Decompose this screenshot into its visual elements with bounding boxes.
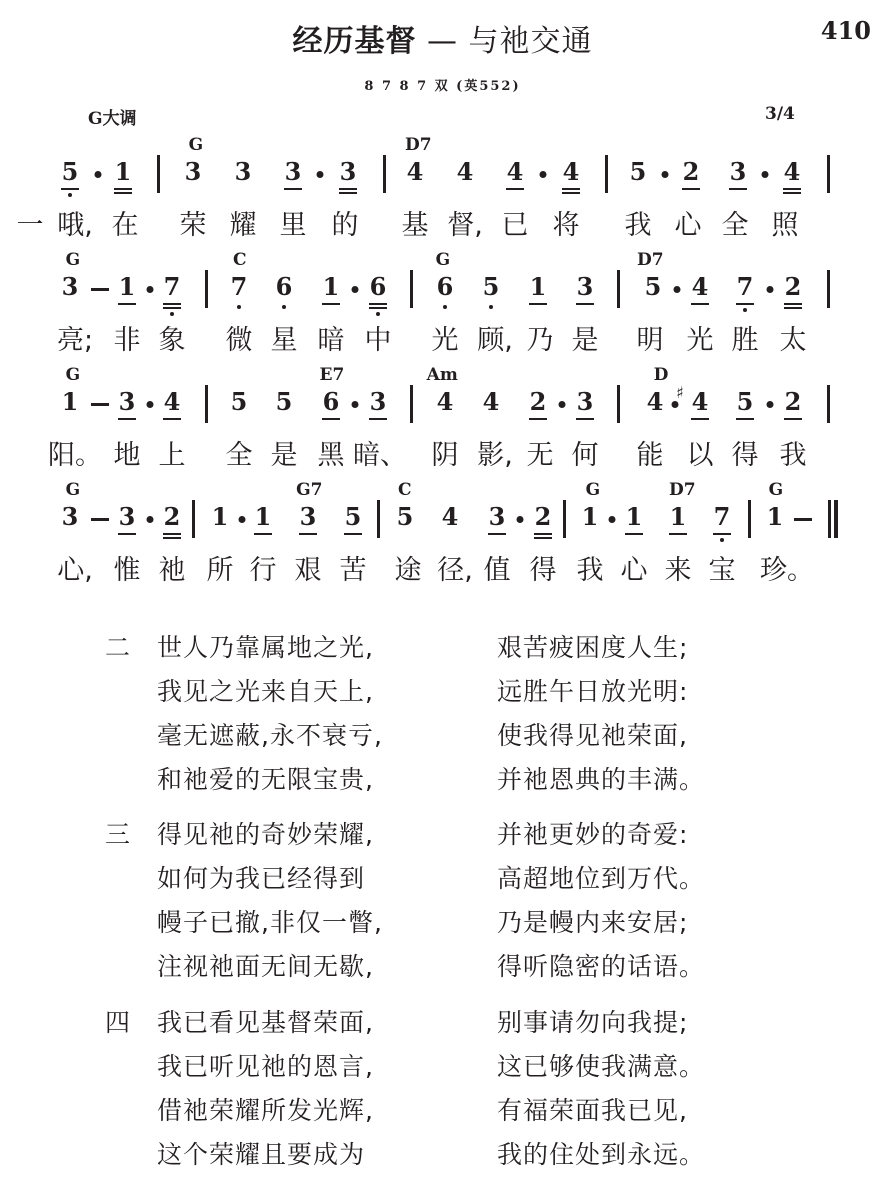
- note-degree: 4: [457, 157, 474, 186]
- lyric-syllable: 我: [780, 433, 807, 472]
- lyric-syllable: 全: [226, 433, 253, 472]
- title-main: 经历基督: [292, 24, 416, 59]
- barline: [205, 270, 208, 308]
- underline-sixteenth: [369, 307, 387, 309]
- note: 3: [336, 157, 360, 186]
- chord-symbol: G: [66, 480, 81, 500]
- hymn-title: 经历基督 — 与祂交通: [0, 16, 885, 60]
- lyric-syllable: 非: [114, 318, 141, 357]
- note-degree: 6: [276, 272, 293, 301]
- note-degree: 3: [370, 387, 387, 416]
- note: 1: [319, 272, 343, 301]
- note-degree: 3: [119, 502, 136, 531]
- barline: [410, 270, 413, 308]
- augmentation-dot: [317, 171, 324, 178]
- low-octave-dot: [68, 193, 72, 197]
- note-degree: 3: [730, 157, 747, 186]
- lyric-syllable: 地: [114, 433, 141, 472]
- barline: [605, 155, 608, 193]
- underline-eighth: [562, 188, 580, 190]
- note: 2: [781, 272, 805, 301]
- note: 5: [626, 157, 650, 186]
- note-degree: 3: [285, 157, 302, 186]
- note: 4: [688, 272, 712, 301]
- chord-symbol: G7: [296, 480, 322, 500]
- augmentation-dot: [674, 286, 681, 293]
- verse-line-right: 乃是幔内来安居;: [497, 903, 688, 939]
- note: 3: [58, 272, 82, 301]
- note-degree: 1: [530, 272, 547, 301]
- lyric-syllable: 中: [365, 318, 392, 357]
- lyric-syllable: 将: [553, 203, 580, 242]
- underline-eighth: [682, 188, 700, 190]
- augmentation-dot: [352, 401, 359, 408]
- title-subtitle: — 与祂交通: [416, 24, 592, 59]
- note-degree: 5: [276, 387, 293, 416]
- note-degree: 5: [231, 387, 248, 416]
- lyric-syllable: 上: [159, 433, 186, 472]
- underline-eighth: [163, 303, 181, 305]
- note-degree: 3: [300, 502, 317, 531]
- underline-sixteenth: [534, 537, 552, 539]
- extension-dash: [91, 288, 109, 291]
- verse-line-left: 注视祂面无间无歇,: [157, 947, 374, 983]
- note-degree: 4: [507, 157, 524, 186]
- barline: [205, 385, 208, 423]
- underline-eighth: [118, 303, 136, 305]
- lyric-syllable: 阳。: [48, 433, 102, 472]
- underline-eighth: [254, 533, 272, 535]
- underline-eighth: [713, 533, 731, 535]
- lyric-syllable: 以: [687, 433, 714, 472]
- lyric-syllable: 得: [530, 548, 557, 587]
- note: 3: [281, 157, 305, 186]
- note-degree: 3: [235, 157, 252, 186]
- note-degree: 3: [62, 502, 79, 531]
- underline-eighth: [339, 188, 357, 190]
- lyric-syllable: 太: [780, 318, 807, 357]
- barline: [827, 155, 830, 193]
- barline: [383, 155, 386, 193]
- note: 3: [726, 157, 750, 186]
- lyric-syllable: 值: [484, 548, 511, 587]
- note: 1: [251, 502, 275, 531]
- underline-eighth: [691, 303, 709, 305]
- underline-sixteenth: [163, 307, 181, 309]
- note: 2: [781, 387, 805, 416]
- note: 3: [181, 157, 205, 186]
- note: 2: [526, 387, 550, 416]
- hymn-number: 410: [821, 16, 871, 45]
- underline-eighth: [322, 303, 340, 305]
- underline-eighth: [529, 418, 547, 420]
- note: 5: [58, 157, 82, 186]
- lyric-syllable: 苦: [340, 548, 367, 587]
- underline-sixteenth: [114, 192, 132, 194]
- lyric-syllable: 途: [395, 548, 422, 587]
- note: 1: [622, 502, 646, 531]
- underline-eighth: [299, 533, 317, 535]
- note: 3: [366, 387, 390, 416]
- lyric-syllable: 已: [502, 203, 529, 242]
- verse-line-right: 得听隐密的话语。: [497, 947, 705, 983]
- underline-eighth: [534, 533, 552, 535]
- underline-eighth: [506, 188, 524, 190]
- note-degree: 5: [62, 157, 79, 186]
- lyric-syllable: 顾,: [477, 318, 513, 357]
- time-signature: 3/4: [765, 104, 795, 124]
- lyric-syllable: 胜: [732, 318, 759, 357]
- note-degree: 7: [231, 272, 248, 301]
- note-degree: 4: [442, 502, 459, 531]
- lyric-syllable: 是: [271, 433, 298, 472]
- lyric-syllable: 何: [572, 433, 599, 472]
- note-degree: 3: [489, 502, 506, 531]
- verse-number: 四: [105, 1003, 130, 1039]
- note: 3: [485, 502, 509, 531]
- note-degree: 1: [582, 502, 599, 531]
- chord-symbol: G: [586, 480, 601, 500]
- chord-symbol: G: [189, 135, 204, 155]
- extension-dash: [91, 403, 109, 406]
- note-degree: 3: [119, 387, 136, 416]
- augmentation-dot: [672, 401, 679, 408]
- lyric-syllable: 珍。: [760, 548, 814, 587]
- note: 1: [208, 502, 232, 531]
- note-degree: 4: [483, 387, 500, 416]
- underline-eighth: [736, 303, 754, 305]
- barline: [563, 500, 566, 538]
- barline: [827, 385, 830, 423]
- underline-eighth: [369, 418, 387, 420]
- lyric-syllable: 艰: [295, 548, 322, 587]
- note-degree: 6: [370, 272, 387, 301]
- note-degree: 3: [62, 272, 79, 301]
- low-octave-dot: [170, 312, 174, 316]
- barline: [377, 500, 380, 538]
- low-octave-dot: [237, 305, 241, 309]
- underline-eighth: [729, 188, 747, 190]
- lyric-syllable: 的: [332, 203, 359, 242]
- lyric-syllable: 心,: [57, 548, 93, 587]
- lyric-syllable: 来: [665, 548, 692, 587]
- lyric-syllable: 基: [402, 203, 429, 242]
- note: 4: [559, 157, 583, 186]
- underline-eighth: [163, 533, 181, 535]
- note: 3: [115, 387, 139, 416]
- score-system: GD751333344445234一哦,在荣耀里的基督,已将我心全照: [0, 135, 885, 250]
- note-degree: 5: [645, 272, 662, 301]
- note-degree: 6: [437, 272, 454, 301]
- underline-eighth: [369, 303, 387, 305]
- note-degree: 1: [626, 502, 643, 531]
- lyric-syllable: 宝: [709, 548, 736, 587]
- verse-number: 三: [105, 815, 130, 851]
- underline-eighth: [118, 418, 136, 420]
- note: 6: [272, 272, 296, 301]
- note: 7: [160, 272, 184, 301]
- note: 3: [573, 387, 597, 416]
- note-degree: 7: [714, 502, 731, 531]
- note-degree: 1: [255, 502, 272, 531]
- underline-eighth: [284, 188, 302, 190]
- augmentation-dot: [767, 401, 774, 408]
- underline-sixteenth: [163, 537, 181, 539]
- lyric-syllable: 一: [17, 203, 44, 242]
- low-octave-dot: [443, 305, 447, 309]
- lyric-syllable: 能: [637, 433, 664, 472]
- verse-line-left: 我已听见祂的恩言,: [157, 1047, 374, 1083]
- note: 7: [710, 502, 734, 531]
- verse-line-right: 我的住处到永远。: [497, 1135, 705, 1171]
- augmentation-dot: [662, 171, 669, 178]
- note-degree: 2: [164, 502, 181, 531]
- verse-line-left: 如何为我已经得到: [157, 859, 365, 895]
- lyric-syllable: 明: [637, 318, 664, 357]
- verse-number: 二: [105, 628, 130, 664]
- lyric-syllable: 惟: [114, 548, 141, 587]
- chord-symbol: G: [66, 365, 81, 385]
- verse-line-right: 别事请勿向我提;: [497, 1003, 688, 1039]
- lyric-syllable: 全: [722, 203, 749, 242]
- note-degree: 4: [692, 387, 709, 416]
- final-double-barline: [828, 500, 838, 538]
- note-degree: 4: [407, 157, 424, 186]
- lyric-syllable: 无: [527, 433, 554, 472]
- note: 5: [393, 502, 417, 531]
- note-degree: 2: [683, 157, 700, 186]
- note: 6: [366, 272, 390, 301]
- barline: [617, 270, 620, 308]
- note: 3: [573, 272, 597, 301]
- lyric-syllable: 星: [271, 318, 298, 357]
- note: 3: [115, 502, 139, 531]
- augmentation-dot: [517, 516, 524, 523]
- score-system: GE7AmD1345563442344♯52阳。地上全是黑暗、阴影,无何能以得我: [0, 365, 885, 480]
- verse-line-left: 世人乃靠属地之光,: [157, 628, 374, 664]
- lyric-syllable: 哦,: [57, 203, 93, 242]
- augmentation-dot: [559, 401, 566, 408]
- note: 1: [666, 502, 690, 531]
- lyric-syllable: 我: [625, 203, 652, 242]
- augmentation-dot: [762, 171, 769, 178]
- underline-eighth: [114, 188, 132, 190]
- lyric-syllable: 荣: [180, 203, 207, 242]
- underline-eighth: [669, 533, 687, 535]
- augmentation-dot: [239, 516, 246, 523]
- barline: [157, 155, 160, 193]
- lyric-syllable: 光: [432, 318, 459, 357]
- verse-line-left: 毫无遮蔽,永不衰亏,: [157, 716, 383, 752]
- underline-sixteenth: [562, 192, 580, 194]
- note-degree: 3: [185, 157, 202, 186]
- chord-symbol: D7: [669, 480, 696, 500]
- underline-eighth: [784, 418, 802, 420]
- note-degree: 4: [692, 272, 709, 301]
- lyric-syllable: 行: [250, 548, 277, 587]
- underline-eighth: [488, 533, 506, 535]
- lyric-syllable: 微: [226, 318, 253, 357]
- verse-line-left: 幔子已撤,非仅一瞥,: [157, 903, 383, 939]
- note: 2: [531, 502, 555, 531]
- note-degree: 2: [530, 387, 547, 416]
- note-degree: 4: [437, 387, 454, 416]
- barline: [192, 500, 195, 538]
- low-octave-dot: [743, 308, 747, 312]
- chord-symbol: C: [233, 250, 247, 270]
- note: 4: [643, 387, 667, 416]
- verse-line-right: 有福荣面我已见,: [497, 1091, 688, 1127]
- note: 4: [780, 157, 804, 186]
- note: 7: [227, 272, 251, 301]
- lyric-syllable: 暗: [318, 318, 345, 357]
- note: 5: [733, 387, 757, 416]
- augmentation-dot: [767, 286, 774, 293]
- verse-line-right: 使我得见祂荣面,: [497, 716, 688, 752]
- note-degree: 2: [785, 272, 802, 301]
- chord-symbol: G: [66, 250, 81, 270]
- underline-eighth: [691, 418, 709, 420]
- verse-line-left: 我已看见基督荣面,: [157, 1003, 374, 1039]
- note-degree: 1: [323, 272, 340, 301]
- lyric-syllable: 暗、: [353, 433, 407, 472]
- note: 3: [296, 502, 320, 531]
- underline-eighth: [118, 533, 136, 535]
- lyric-syllable: 督,: [447, 203, 483, 242]
- verse-line-left: 和祂爱的无限宝贵,: [157, 760, 374, 796]
- lyric-syllable: 影,: [477, 433, 513, 472]
- verse-line-right: 这已够使我满意。: [497, 1047, 705, 1083]
- lyric-syllable: 里: [280, 203, 307, 242]
- chord-symbol: D7: [405, 135, 432, 155]
- meter-info: 8 7 8 7 双 (英552): [0, 75, 885, 94]
- underline-eighth: [576, 418, 594, 420]
- lyric-syllable: 照: [772, 203, 799, 242]
- note-degree: 1: [119, 272, 136, 301]
- note: 4: [160, 387, 184, 416]
- underline-eighth: [163, 418, 181, 420]
- note: 1: [763, 502, 787, 531]
- note: 6: [319, 387, 343, 416]
- note: 1: [111, 157, 135, 186]
- note: 4: [403, 157, 427, 186]
- note-degree: 5: [737, 387, 754, 416]
- key-signature: G大调: [88, 104, 137, 129]
- barline: [827, 270, 830, 308]
- lyric-syllable: 径,: [437, 548, 473, 587]
- verse-line-right: 高超地位到万代。: [497, 859, 705, 895]
- low-octave-dot: [720, 538, 724, 542]
- augmentation-dot: [540, 171, 547, 178]
- augmentation-dot: [147, 286, 154, 293]
- underline-eighth: [784, 303, 802, 305]
- underline-eighth: [736, 418, 754, 420]
- lyric-syllable: 所: [207, 548, 234, 587]
- chord-symbol: D7: [637, 250, 664, 270]
- verse-line-right: 并祂更妙的奇爱:: [497, 815, 688, 851]
- verse-line-right: 远胜午日放光明:: [497, 672, 688, 708]
- extension-dash: [794, 518, 812, 521]
- note: 5: [341, 502, 365, 531]
- note: 1: [578, 502, 602, 531]
- verse-line-right: 艰苦疲困度人生;: [497, 628, 688, 664]
- lyric-syllable: 黑: [318, 433, 345, 472]
- note-degree: 1: [62, 387, 79, 416]
- note-degree: 3: [577, 387, 594, 416]
- underline-eighth: [61, 188, 79, 190]
- note-degree: 4: [164, 387, 181, 416]
- note-degree: 5: [397, 502, 414, 531]
- note-degree: 1: [670, 502, 687, 531]
- note: 4: [433, 387, 457, 416]
- chord-symbol: G: [436, 250, 451, 270]
- low-octave-dot: [282, 305, 286, 309]
- note: 4: [453, 157, 477, 186]
- verse-line-left: 我见之光来自天上,: [157, 672, 374, 708]
- verse-line-right: 并祂恩典的丰满。: [497, 760, 705, 796]
- chord-symbol: G: [769, 480, 784, 500]
- note: 4: [503, 157, 527, 186]
- note-degree: 3: [577, 272, 594, 301]
- underline-eighth: [625, 533, 643, 535]
- low-octave-dot: [489, 305, 493, 309]
- underline-eighth: [344, 533, 362, 535]
- barline: [410, 385, 413, 423]
- note-degree: 2: [535, 502, 552, 531]
- lyric-syllable: 象: [159, 318, 186, 357]
- note-degree: 3: [340, 157, 357, 186]
- lyric-syllable: 乃: [527, 318, 554, 357]
- underline-eighth: [322, 418, 340, 420]
- chord-symbol: D: [654, 365, 669, 385]
- note-degree: 1: [212, 502, 229, 531]
- note: 1: [58, 387, 82, 416]
- augmentation-dot: [147, 401, 154, 408]
- verse-line-left: 这个荣耀且要成为: [157, 1135, 365, 1171]
- lyric-syllable: 在: [112, 203, 139, 242]
- chord-symbol: Am: [427, 365, 458, 385]
- underline-eighth: [783, 188, 801, 190]
- note: 7: [733, 272, 757, 301]
- underline-sixteenth: [339, 192, 357, 194]
- note: 5: [272, 387, 296, 416]
- note: 1: [115, 272, 139, 301]
- verse-line-left: 得见祂的奇妙荣耀,: [157, 815, 374, 851]
- lyric-syllable: 我: [577, 548, 604, 587]
- augmentation-dot: [95, 171, 102, 178]
- note: 5: [641, 272, 665, 301]
- lyric-syllable: 心: [621, 548, 648, 587]
- note-degree: 7: [737, 272, 754, 301]
- lyric-syllable: 光: [687, 318, 714, 357]
- note: 6: [433, 272, 457, 301]
- lyric-syllable: 亮;: [57, 318, 93, 357]
- note: 4: [479, 387, 503, 416]
- note: 1: [526, 272, 550, 301]
- note-degree: 2: [785, 387, 802, 416]
- note: 5: [227, 387, 251, 416]
- verse-line-left: 借祂荣耀所发光辉,: [157, 1091, 374, 1127]
- note: 3: [58, 502, 82, 531]
- note: 4♯: [688, 387, 712, 416]
- chord-symbol: E7: [320, 365, 345, 385]
- score-system: GCGD7317761665135472亮;非象微星暗中光顾,乃是明光胜太: [0, 250, 885, 365]
- lyric-syllable: 耀: [230, 203, 257, 242]
- lyric-syllable: 阴: [432, 433, 459, 472]
- low-octave-dot: [376, 312, 380, 316]
- chord-symbol: C: [398, 480, 412, 500]
- note: 3: [231, 157, 255, 186]
